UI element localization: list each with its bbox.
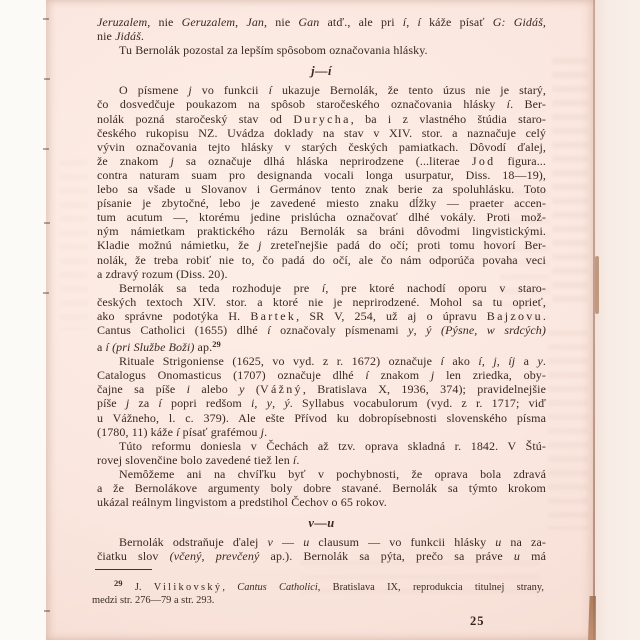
styled-text: i [187,382,190,396]
section-heading: j—í [97,64,546,78]
styled-text: Jan [246,15,264,29]
text-line: Jeruzalem, nie Geruzalem, Jan, nie Gan a… [97,15,546,29]
styled-text: y [239,382,244,396]
text-line: tum acutum —, ktorému jedine prislúcha o… [97,210,546,224]
binding-dash [43,148,49,150]
styled-text: j [188,83,191,97]
text-line: Nemôžeme ani na chvíľku byť v pochybnost… [97,467,546,481]
text-line: Kladie možnú námietku, že j zreteľnejšie… [97,238,546,252]
styled-text: í [269,83,272,97]
styled-text: j [431,368,434,382]
text-line: Catalogus Onomasticus (1707) označuje dl… [97,368,546,382]
text-line: ukázal reálnym lingvistom a predstihol Č… [97,495,546,509]
text-line: českých textoch XIV. stor. a ktoré nie j… [97,295,546,309]
styled-text: j [261,425,264,439]
footnote-rule [95,569,152,570]
text-line: Túto reformu doniesla v Čechách až tzv. … [97,439,546,453]
text-line: vývin označovania tejto hlásky v starých… [97,140,546,154]
page-number: 25 [470,614,485,629]
styled-text: (Pýsne, w srdcých) [441,323,546,337]
text-column: Jeruzalem, nie Geruzalem, Jan, nie Gan a… [97,15,546,563]
styled-text: G: Gidáš [493,15,543,29]
styled-text: Vilikovský [154,582,223,593]
styled-text: Geruzalem [182,15,236,29]
text-line: píše j za í popri redšom i, y, ý. Syllab… [97,396,546,410]
text-line: a zdravý rozum (Diss. 20). [97,267,546,281]
text-line: Cantus Catholici (1655) dlhé í označoval… [97,323,546,337]
styled-text: j—í [311,64,332,78]
styled-text: j [170,154,173,168]
styled-text: y [267,396,272,410]
styled-text: Bartek [250,309,296,323]
styled-text: Jod [472,154,496,168]
styled-text: j [258,238,261,252]
styled-text: í [106,340,109,354]
text-line: ako správne podotýka H. Bartek, SR V, 25… [97,309,546,323]
styled-text: (včený, prevčený [170,549,260,563]
binding-dash [43,292,49,294]
text-line: Tu Bernolák pozostal za lepším spôsobom … [97,43,546,57]
styled-text: í [478,354,481,368]
binding-dash [44,610,50,612]
styled-text: í [403,15,406,29]
text-line: nolák pozná staročeský stav od Durycha, … [97,112,546,126]
styled-text: í [293,453,296,467]
text-line: ným námietkam praktického rázu Bernolák … [97,224,546,238]
text-line: nolák, že treba robiť nie to, čo padá do… [97,253,546,267]
styled-text: Jidáš [115,29,141,43]
styled-text: ý [284,396,289,410]
footnote-marker: 29 [114,578,123,588]
styled-text: ý [426,323,431,337]
styled-text: v—u [308,516,334,530]
styled-text: í [417,15,420,29]
text-line: a že Bernolákove argumenty boly dobre st… [97,481,546,495]
text-line: medzi str. 276—79 a str. 293. [92,595,544,608]
styled-text: u [495,535,501,549]
page-edge [593,0,595,640]
text-line: rovej slovenčine bolo zavedené tiež len … [97,453,546,467]
text-line: čajne sa píše i alebo y (Vážný, Bratisla… [97,382,546,396]
styled-text: Vážný [260,382,303,396]
text-line: českého rukopisu NZ. Uvádza doklady na s… [97,126,546,140]
styled-text: j [493,354,496,368]
text-line: Bernolák sa teda rozhoduje pre í, pre kt… [97,281,546,295]
footnote: 29 J. Vilikovský, Cantus Catholici, Brat… [92,569,544,607]
section-heading: v—u [97,516,546,530]
styled-text: Cantus Catholici [237,582,317,593]
text-line: čiatku slov (včený, prevčený ap.). Berno… [97,549,546,563]
text-line: a í (pri Službe Boži) ap.29 [97,337,546,354]
styled-text: í [365,368,368,382]
text-line: 29 J. Vilikovský, Cantus Catholici, Brat… [92,577,544,595]
text-line: O písmene j vo funkcii í ukazuje Bernolá… [97,83,546,97]
footnote-lines: 29 J. Vilikovský, Cantus Catholici, Brat… [92,577,544,607]
styled-text: y [537,354,542,368]
styled-text: í [322,281,325,295]
styled-text: u [303,535,309,549]
binding-dash [43,18,49,20]
styled-text: Gan [298,15,319,29]
styled-text: y [408,323,413,337]
styled-text: í [176,425,179,439]
styled-text: Durycha [293,112,350,126]
footnote-marker: 29 [212,339,221,349]
text-line: Rituale Strigoniense (1625, vo vyd. z r.… [97,354,546,368]
text-line: čo dosvedčuje poukazom na spôsob staroče… [97,97,546,111]
styled-text: v [268,535,273,549]
page-stack-backdrop [595,0,640,640]
styled-text: u [514,549,520,563]
text-line: contra naturam suam pro designanda vocal… [97,168,546,182]
styled-text: Jeruzalem [97,15,147,29]
styled-text: í [440,354,443,368]
text-line: že znakom j sa označuje dlhá hláska nepr… [97,154,546,168]
styled-text: i [251,396,254,410]
text-line: (1780, 11) káže í písať grafémou j. [97,425,546,439]
page-edge-worn-spot [595,256,599,314]
styled-text: (pri Službe Boži) [112,340,194,354]
styled-text: í [267,323,270,337]
styled-text: í [158,396,161,410]
styled-text: í [507,97,510,111]
text-line: u Vážneho, l. c. 379). Ale ešte Přívod k… [97,411,546,425]
binding-dash [44,222,50,224]
styled-text: íj [508,354,515,368]
text-line: nie Jidáš. [97,29,546,43]
binding-dash [44,78,50,80]
styled-text: Bajzovu [487,309,543,323]
styled-text: j [126,396,129,410]
text-line: písanie je zbytočné, lebo je zavedené mi… [97,196,546,210]
text-line: lebo sa všade u Slovanov i Germánov tent… [97,182,546,196]
text-line: Bernolák odstraňuje ďalej v — u clausum … [97,535,546,549]
scanned-book-photo: Jeruzalem, nie Geruzalem, Jan, nie Gan a… [0,0,640,640]
